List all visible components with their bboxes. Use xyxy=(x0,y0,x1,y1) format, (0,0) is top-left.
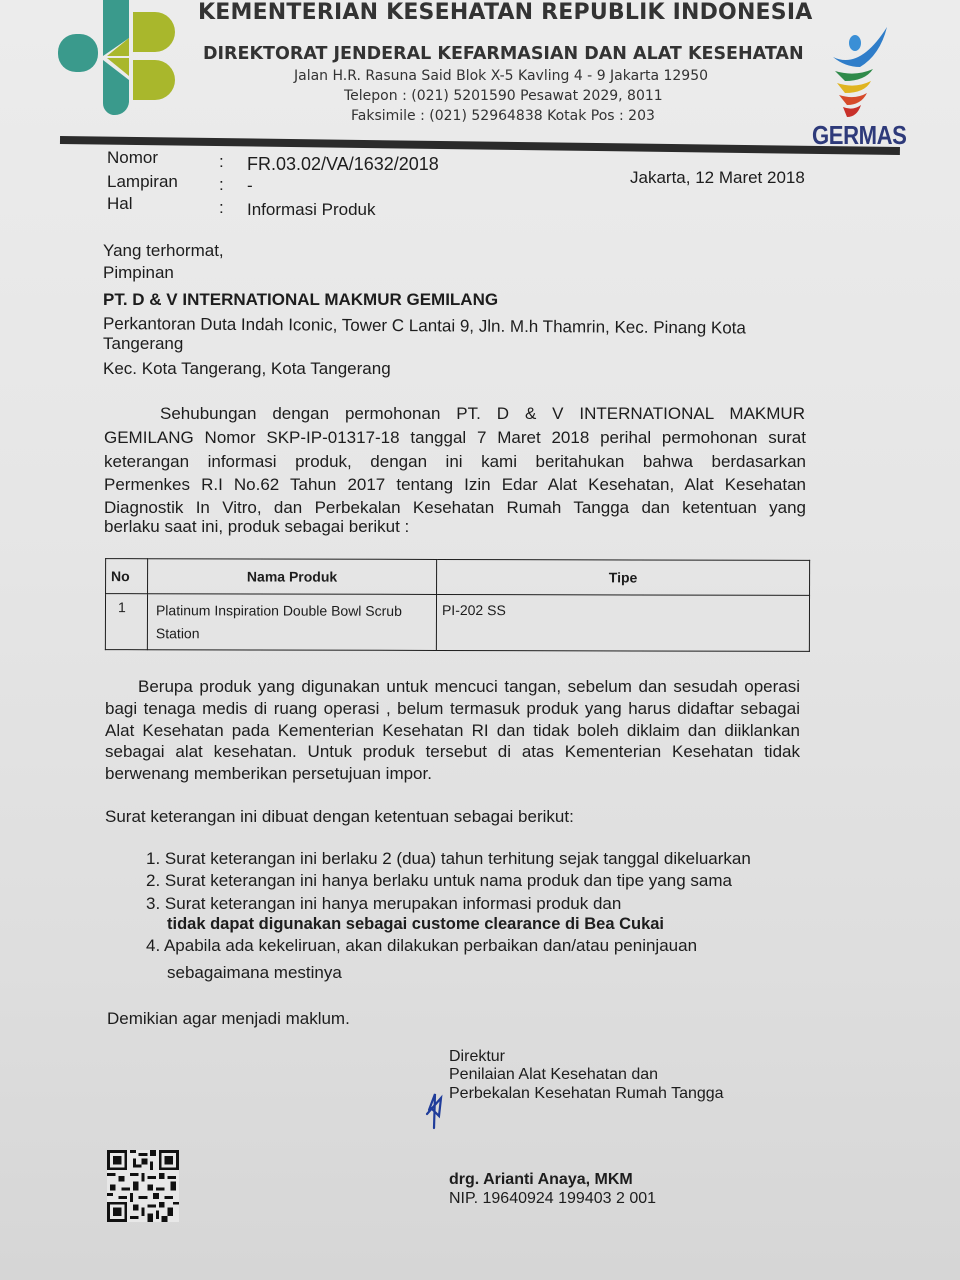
salutation: Yang terhormat, xyxy=(103,241,224,261)
row-no: 1 xyxy=(105,594,147,650)
germas-logo-icon xyxy=(825,25,895,120)
address-line: Jalan H.R. Rasuna Said Blok X-5 Kavling … xyxy=(294,68,708,84)
paragraph-2-line: Berupa produk yang digunakan untuk mencu… xyxy=(138,677,800,697)
signature-position-line: Direktur xyxy=(449,1048,505,1066)
row-nama-produk: Platinum Inspiration Double Bowl Scrub S… xyxy=(147,594,436,651)
condition-item: 1. Surat keterangan ini berlaku 2 (dua) … xyxy=(146,849,751,869)
recipient-address-line: Kec. Kota Tangerang, Kota Tangerang xyxy=(103,359,391,379)
hal-value: Informasi Produk xyxy=(247,200,376,220)
place-date: Jakarta, 12 Maret 2018 xyxy=(630,168,805,188)
row-nama-produk-line: Platinum Inspiration Double Bowl Scrub xyxy=(156,599,436,623)
paragraph-1-line: Sehubungan dengan permohonan PT. D & V I… xyxy=(160,404,805,424)
lampiran-label: Lampiran xyxy=(107,172,178,192)
paragraph-1-line: berlaku saat ini, produk sebagai berikut… xyxy=(104,517,409,537)
phone-line: Telepon : (021) 5201590 Pesawat 2029, 80… xyxy=(344,88,663,104)
paragraph-2-line: Alat Kesehatan pada Kementerian Kesehata… xyxy=(105,721,800,741)
condition-item: 2. Surat keterangan ini hanya berlaku un… xyxy=(146,871,732,891)
recipient-address-line: Perkantoran Duta Indah Iconic, Tower C L… xyxy=(103,314,746,338)
nomor-value: FR.03.02/VA/1632/2018 xyxy=(247,154,439,175)
paragraph-1-line: Permenkes R.I No.62 Tahun 2017 tentang I… xyxy=(104,475,806,495)
paragraph-1-line: Diagnostik In Vitro, dan Perbekalan Kese… xyxy=(104,498,806,518)
table-row: 1 Platinum Inspiration Double Bowl Scrub… xyxy=(105,594,809,652)
header-divider xyxy=(60,136,900,155)
signature-mark-icon xyxy=(425,1088,445,1130)
hal-label: Hal xyxy=(107,194,133,214)
column-header-no: No xyxy=(106,559,148,594)
row-tipe: PI-202 SS xyxy=(436,594,809,651)
signatory-name: drg. Arianti Anaya, MKM xyxy=(449,1171,633,1189)
recipient-company: PT. D & V INTERNATIONAL MAKMUR GEMILANG xyxy=(103,290,498,310)
paragraph-2-line: berwenang memberikan persetujuan impor. xyxy=(105,764,432,784)
paragraph-2-line: bagi tenaga medis di ruang operasi , bel… xyxy=(105,699,800,719)
directorate-name: DIREKTORAT JENDERAL KEFARMASIAN DAN ALAT… xyxy=(203,44,804,64)
nomor-separator: : xyxy=(219,152,224,172)
column-header-nama-produk: Nama Produk xyxy=(148,559,437,595)
hal-separator: : xyxy=(219,198,224,218)
fax-line: Faksimile : (021) 52964838 Kotak Pos : 2… xyxy=(351,108,655,124)
column-header-tipe: Tipe xyxy=(437,559,810,595)
signature-position-line: Penilaian Alat Kesehatan dan xyxy=(449,1066,658,1084)
qr-code-icon xyxy=(107,1150,179,1222)
conditions-intro: Surat keterangan ini dibuat dengan keten… xyxy=(105,807,574,827)
lampiran-separator: : xyxy=(219,175,224,195)
condition-item-emphasis: tidak dapat digunakan sebagai custome cl… xyxy=(167,915,664,934)
row-nama-produk-line: Station xyxy=(156,622,436,646)
product-table: No Nama Produk Tipe 1 Platinum Inspirati… xyxy=(105,558,810,652)
condition-item-continuation: sebagaimana mestinya xyxy=(167,963,342,983)
nomor-label: Nomor xyxy=(107,148,158,168)
condition-item: 4. Apabila ada kekeliruan, akan dilakuka… xyxy=(146,936,697,956)
closing-text: Demikian agar menjadi maklum. xyxy=(107,1009,350,1029)
recipient-address-line: Tangerang xyxy=(103,334,183,354)
lampiran-value: - xyxy=(247,176,253,196)
paragraph-1-line: GEMILANG Nomor SKP-IP-01317-18 tanggal 7… xyxy=(104,428,806,448)
signatory-nip: NIP. 19640924 199403 2 001 xyxy=(449,1190,656,1208)
recipient-title: Pimpinan xyxy=(103,263,174,283)
ministry-name: KEMENTERIAN KESEHATAN REPUBLIK INDONESIA xyxy=(198,0,812,25)
table-header-row: No Nama Produk Tipe xyxy=(106,559,810,596)
kemenkes-logo-icon xyxy=(55,0,185,115)
paragraph-1-line: keterangan informasi produk, dengan ini … xyxy=(104,452,806,472)
signature-position-line: Perbekalan Kesehatan Rumah Tangga xyxy=(449,1085,724,1103)
paragraph-2-line: sebagai alat kesehatan. Untuk produk ter… xyxy=(105,742,800,762)
condition-item: 3. Surat keterangan ini hanya merupakan … xyxy=(146,894,621,914)
